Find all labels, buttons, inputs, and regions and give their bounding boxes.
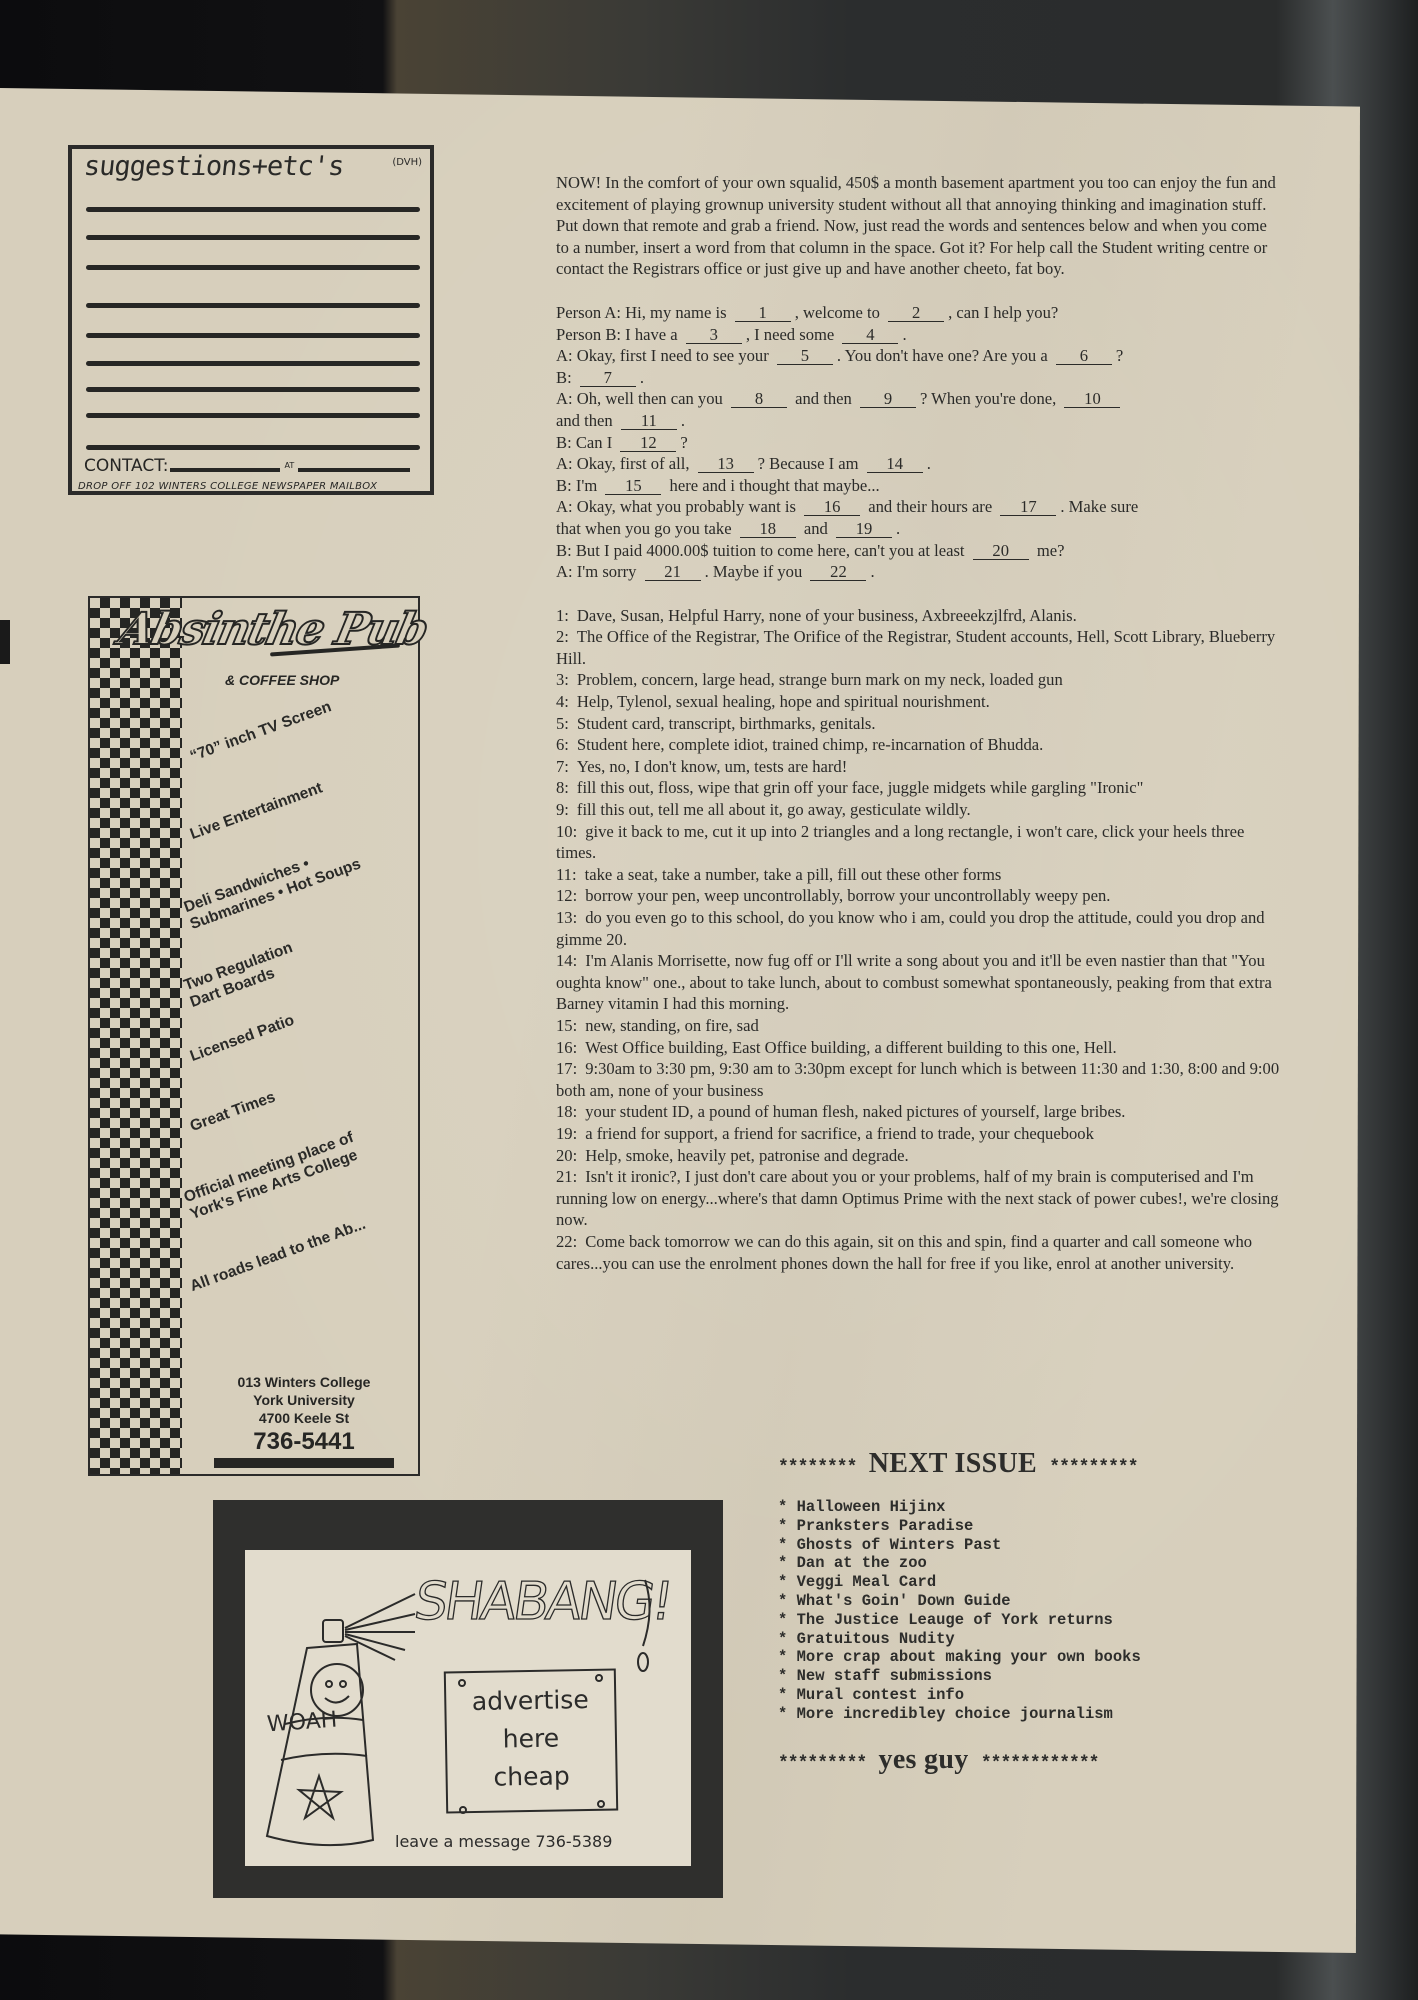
option-number: 1: <box>556 606 569 625</box>
blank-slot: 7 <box>580 370 636 387</box>
address-line: York University <box>190 1391 418 1409</box>
next-issue-list: Halloween HijinxPranksters ParadiseGhost… <box>778 1498 1248 1724</box>
advertise-here-ad: SHABANG! WOAH advertise here cheap leave… <box>213 1500 723 1898</box>
sign-line: here <box>447 1719 616 1760</box>
dialogue-line: B: 7. <box>556 367 1280 389</box>
word-options-list: 1:Dave, Susan, Helpful Harry, none of yo… <box>556 605 1280 1274</box>
word-option: 8:fill this out, floss, wipe that grin o… <box>556 777 1280 799</box>
option-number: 7: <box>556 757 569 776</box>
word-option: 13:do you even go to this school, do you… <box>556 907 1280 950</box>
fill-in-the-blanks-article: NOW! In the comfort of your own squalid,… <box>556 172 1280 1274</box>
word-option: 3:Problem, concern, large head, strange … <box>556 669 1280 691</box>
suggestion-blank-line[interactable] <box>86 361 420 366</box>
dialogue: Person A: Hi, my name is 1, welcome to 2… <box>556 302 1280 583</box>
word-option: 12:borrow your pen, weep uncontrollably,… <box>556 885 1280 907</box>
address-line: 4700 Keele St <box>190 1409 418 1427</box>
option-number: 3: <box>556 670 569 689</box>
next-issue-item: Gratuitous Nudity <box>778 1630 1248 1649</box>
shabang-title: SHABANG! <box>411 1572 674 1632</box>
sign-line: cheap <box>447 1757 616 1798</box>
checkerboard-border <box>90 598 182 1474</box>
next-issue-item: More incredibley choice journalism <box>778 1705 1248 1724</box>
absinthe-pub-ad: Absinthe Pub & COFFEE SHOP “70” inch TV … <box>88 596 420 1476</box>
option-number: 6: <box>556 735 569 754</box>
suggestion-blank-line[interactable] <box>86 303 420 308</box>
next-issue-item: What's Goin' Down Guide <box>778 1592 1248 1611</box>
pub-feature: Deli Sandwiches •Submarines • Hot Soups <box>182 839 364 934</box>
pub-feature: “70” inch TV Screen <box>188 698 334 766</box>
dialogue-line: A: Okay, what you probably want is 16 an… <box>556 496 1280 518</box>
dialogue-line: and then 11. <box>556 410 1280 432</box>
word-option: 14:I'm Alanis Morrisette, now fug off or… <box>556 950 1280 1015</box>
next-issue-item: More crap about making your own books <box>778 1648 1248 1667</box>
word-option: 16:West Office building, East Office bui… <box>556 1037 1280 1059</box>
blank-slot: 2 <box>888 305 944 322</box>
word-option: 10:give it back to me, cut it up into 2 … <box>556 821 1280 864</box>
next-issue-item: Mural contest info <box>778 1686 1248 1705</box>
option-number: 11: <box>556 865 577 884</box>
blank-slot: 6 <box>1056 348 1112 365</box>
word-option: 11:take a seat, take a number, take a pi… <box>556 864 1280 886</box>
pub-feature: Two RegulationDart Boards <box>182 939 302 1012</box>
can-label: WOAH <box>266 1708 338 1738</box>
next-issue-item: The Justice Leauge of York returns <box>778 1611 1248 1630</box>
option-number: 20: <box>556 1146 577 1165</box>
blank-slot: 16 <box>804 499 860 516</box>
pub-phone: 736-5441 <box>190 1427 418 1457</box>
contact-row: CONTACT: AT <box>84 456 410 476</box>
next-issue-item: Halloween Hijinx <box>778 1498 1248 1517</box>
blank-slot: 11 <box>621 413 677 430</box>
suggestion-blank-line[interactable] <box>86 387 420 392</box>
pub-feature: Live Entertainment <box>188 779 325 844</box>
blank-slot: 19 <box>836 521 892 538</box>
next-issue-item: Dan at the zoo <box>778 1554 1248 1573</box>
dialogue-line: A: I'm sorry 21. Maybe if you 22. <box>556 561 1280 583</box>
signoff-text: yes guy <box>879 1744 969 1775</box>
option-number: 14: <box>556 951 577 970</box>
article-intro: NOW! In the comfort of your own squalid,… <box>556 172 1280 280</box>
contact-location-blank[interactable] <box>298 468 410 472</box>
blank-slot: 14 <box>867 456 923 473</box>
pub-feature: All roads lead to the Ab... <box>188 1216 368 1296</box>
stars-decoration: ********* <box>778 1754 866 1774</box>
suggestion-blank-line[interactable] <box>86 333 420 338</box>
contact-name-blank[interactable] <box>170 468 280 472</box>
ad-panel: SHABANG! WOAH advertise here cheap leave… <box>245 1550 691 1866</box>
ad-phone-message: leave a message 736-5389 <box>395 1832 612 1851</box>
blank-slot: 12 <box>620 435 676 452</box>
word-option: 15:new, standing, on fire, sad <box>556 1015 1280 1037</box>
word-option: 19:a friend for support, a friend for sa… <box>556 1123 1280 1145</box>
sign-line: advertise <box>446 1681 615 1722</box>
blank-slot: 1 <box>735 305 791 322</box>
blank-slot: 18 <box>740 521 796 538</box>
option-number: 4: <box>556 692 569 711</box>
dialogue-line: B: I'm 15 here and i thought that maybe.… <box>556 475 1280 497</box>
dialogue-line: that when you go you take 18 and 19. <box>556 518 1280 540</box>
word-option: 2:The Office of the Registrar, The Orifi… <box>556 626 1280 669</box>
word-option: 17:9:30am to 3:30 pm, 9:30 am to 3:30pm … <box>556 1058 1280 1101</box>
stars-decoration: ************ <box>981 1754 1099 1774</box>
option-number: 19: <box>556 1124 577 1143</box>
next-issue-item: Ghosts of Winters Past <box>778 1536 1248 1555</box>
word-option: 22:Come back tomorrow we can do this aga… <box>556 1231 1280 1274</box>
next-issue-heading: ******** NEXT ISSUE ********* <box>778 1448 1248 1480</box>
option-number: 15: <box>556 1016 577 1035</box>
blank-slot: 13 <box>698 456 754 473</box>
suggestions-box: suggestions+etc's (DVH) CONTACT: AT DROP… <box>68 145 434 495</box>
word-option: 5:Student card, transcript, birthmarks, … <box>556 713 1280 735</box>
option-number: 18: <box>556 1102 577 1121</box>
pub-feature: Licensed Patio <box>188 1012 297 1066</box>
dialogue-line: A: Okay, first of all, 13? Because I am … <box>556 453 1280 475</box>
blank-slot: 8 <box>731 391 787 408</box>
option-number: 10: <box>556 822 577 841</box>
at-label: AT <box>284 461 294 470</box>
advertise-sign: advertise here cheap <box>444 1669 618 1814</box>
stars-decoration: ********* <box>1049 1458 1137 1478</box>
blank-slot: 4 <box>842 327 898 344</box>
blank-slot: 17 <box>1000 499 1056 516</box>
option-number: 8: <box>556 778 569 797</box>
dialogue-line: Person B: I have a 3, I need some 4. <box>556 324 1280 346</box>
blank-slot: 20 <box>973 543 1029 560</box>
artist-signature: (DVH) <box>392 157 422 168</box>
binding-mark <box>0 620 10 664</box>
option-number: 2: <box>556 627 569 646</box>
dialogue-line: Person A: Hi, my name is 1, welcome to 2… <box>556 302 1280 324</box>
blank-slot: 10 <box>1064 391 1120 408</box>
blank-slot: 9 <box>860 391 916 408</box>
drop-off-note: DROP OFF 102 WINTERS COLLEGE NEWSPAPER M… <box>78 481 377 492</box>
option-number: 9: <box>556 800 569 819</box>
suggestion-blank-line[interactable] <box>86 445 420 450</box>
blank-slot: 22 <box>810 564 866 581</box>
dialogue-line: B: But I paid 4000.00$ tuition to come h… <box>556 540 1280 562</box>
next-issue-item: Pranksters Paradise <box>778 1517 1248 1536</box>
blank-slot: 5 <box>777 348 833 365</box>
option-number: 21: <box>556 1167 577 1186</box>
option-number: 17: <box>556 1059 577 1078</box>
word-option: 20:Help, smoke, heavily pet, patronise a… <box>556 1145 1280 1167</box>
dialogue-line: A: Oh, well then can you 8 and then 9? W… <box>556 388 1280 410</box>
option-number: 22: <box>556 1232 577 1251</box>
suggestion-blank-line[interactable] <box>86 207 420 212</box>
word-option: 18:your student ID, a pound of human fle… <box>556 1101 1280 1123</box>
suggestion-blank-line[interactable] <box>86 265 420 270</box>
suggestion-blank-line[interactable] <box>86 413 420 418</box>
option-number: 13: <box>556 908 577 927</box>
divider-bar <box>214 1458 394 1468</box>
word-option: 1:Dave, Susan, Helpful Harry, none of yo… <box>556 605 1280 627</box>
option-number: 5: <box>556 714 569 733</box>
suggestions-title: suggestions+etc's <box>82 151 345 182</box>
option-number: 12: <box>556 886 577 905</box>
dialogue-line: B: Can I 12? <box>556 432 1280 454</box>
word-option: 21:Isn't it ironic?, I just don't care a… <box>556 1166 1280 1231</box>
next-issue-item: Veggi Meal Card <box>778 1573 1248 1592</box>
next-issue-box: ******** NEXT ISSUE ********* Halloween … <box>778 1448 1248 1776</box>
blank-slot: 15 <box>605 478 661 495</box>
word-option: 7:Yes, no, I don't know, um, tests are h… <box>556 756 1280 778</box>
signoff: ********* yes guy ************ <box>778 1744 1248 1776</box>
next-issue-item: New staff submissions <box>778 1667 1248 1686</box>
word-option: 9:fill this out, tell me all about it, g… <box>556 799 1280 821</box>
stars-decoration: ******** <box>778 1458 856 1478</box>
heading-text: NEXT ISSUE <box>869 1448 1037 1479</box>
contact-label: CONTACT: <box>84 456 168 476</box>
blank-slot: 21 <box>645 564 701 581</box>
word-option: 6:Student here, complete idiot, trained … <box>556 734 1280 756</box>
option-number: 16: <box>556 1038 577 1057</box>
pub-feature: Official meeting place ofYork's Fine Art… <box>182 1129 363 1224</box>
pub-subtitle: & COFFEE SHOP <box>225 672 339 688</box>
address-line: 013 Winters College <box>190 1373 418 1391</box>
pub-address: 013 Winters College York University 4700… <box>190 1373 418 1457</box>
blank-slot: 3 <box>686 327 742 344</box>
suggestion-blank-line[interactable] <box>86 235 420 240</box>
pub-feature: Great Times <box>188 1089 278 1136</box>
word-option: 4:Help, Tylenol, sexual healing, hope an… <box>556 691 1280 713</box>
dialogue-line: A: Okay, first I need to see your 5. You… <box>556 345 1280 367</box>
